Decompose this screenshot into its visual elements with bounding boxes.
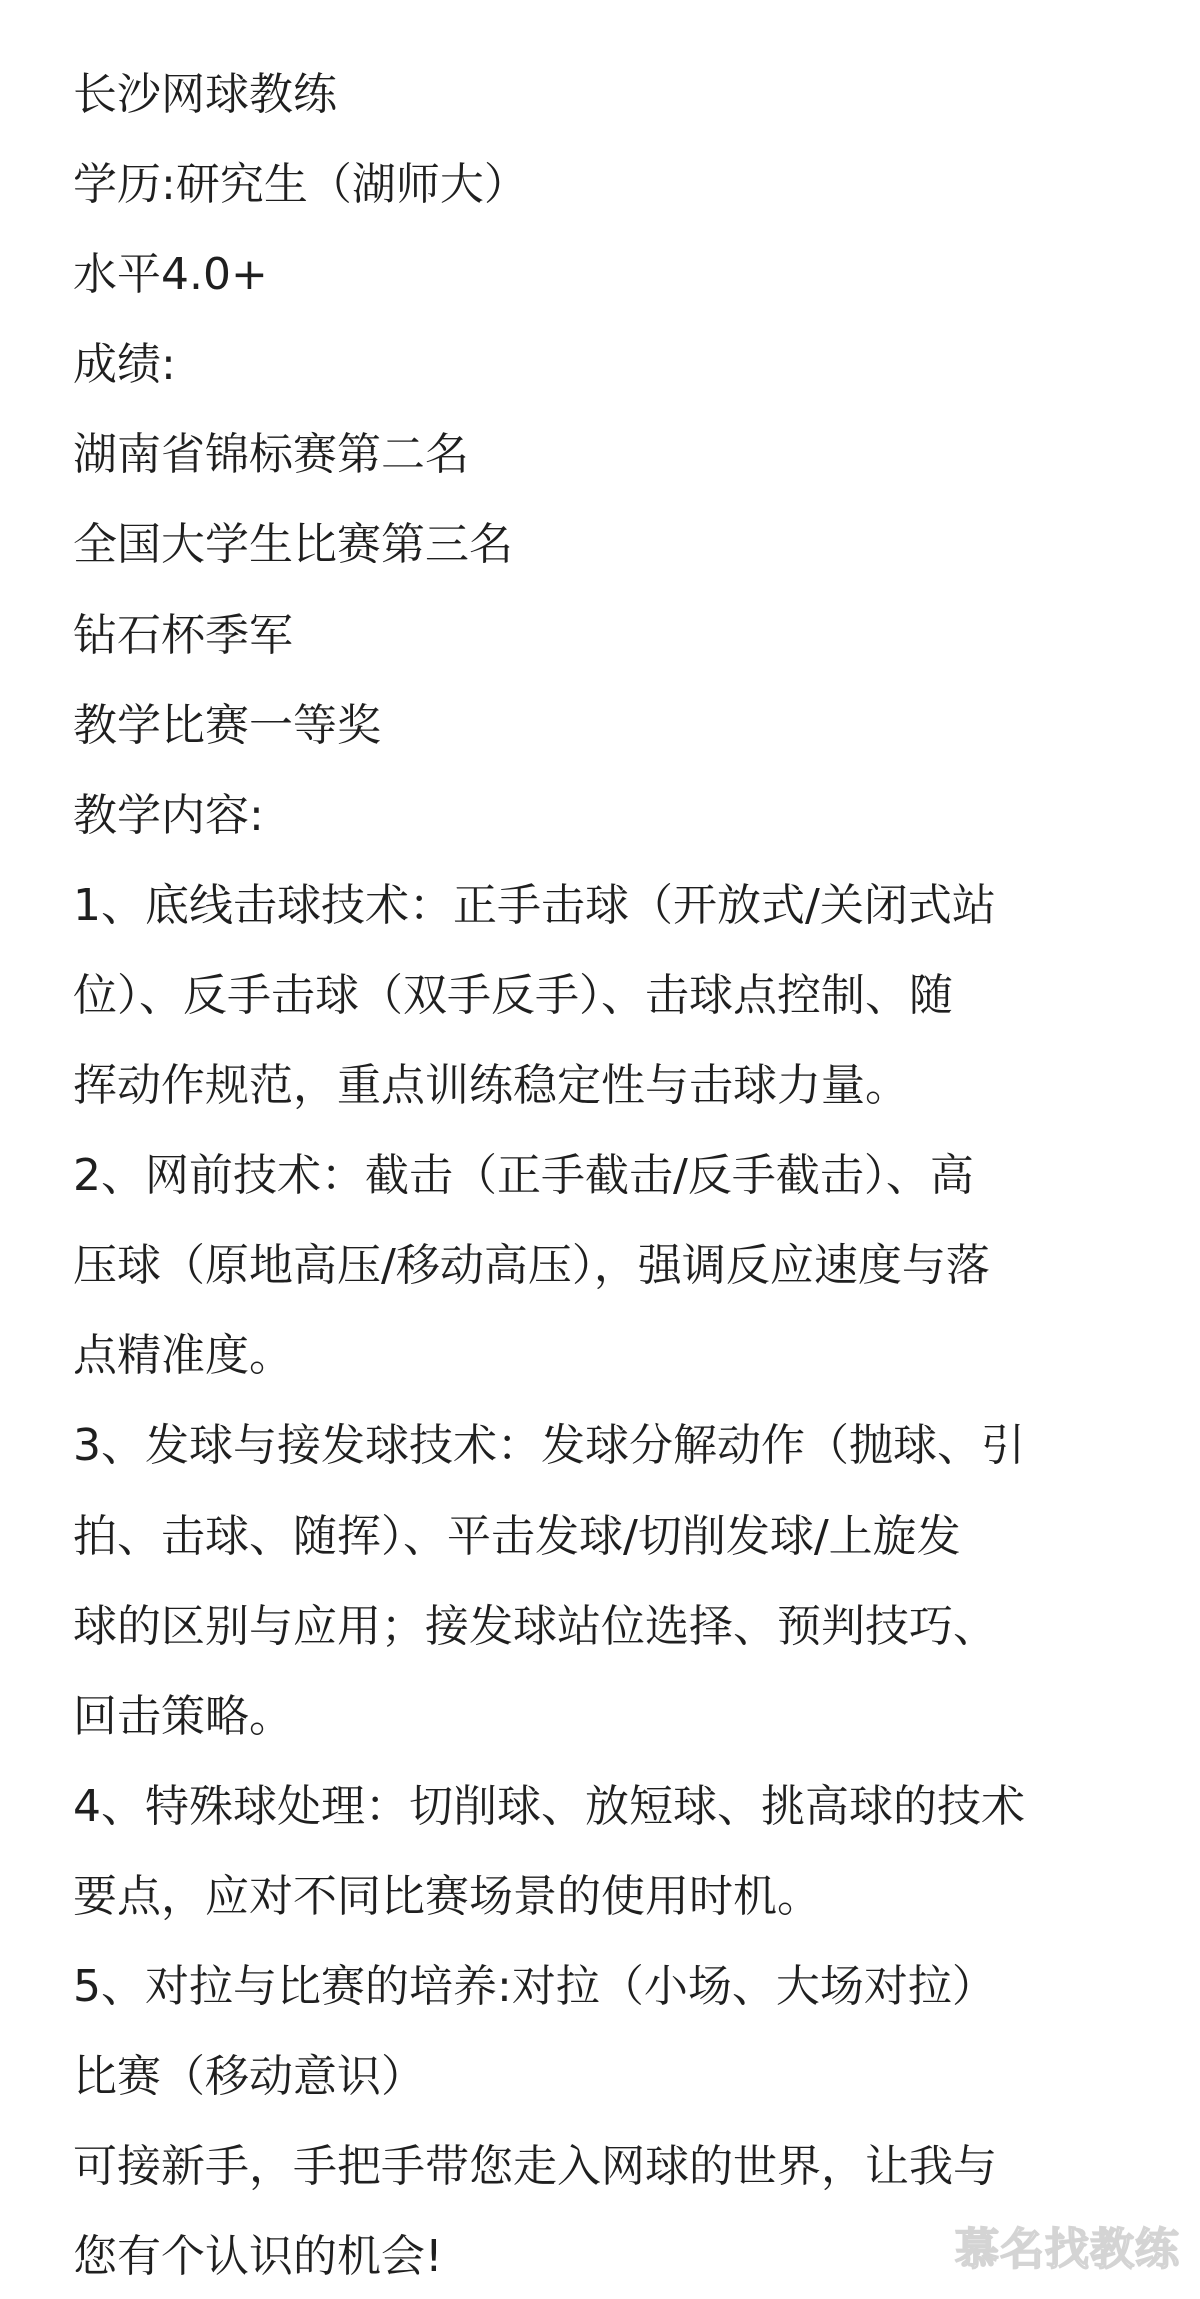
content-line: 1、底线击球技术：正手击球（开放式/关闭式站: [73, 861, 1160, 951]
achievement-item: 全国大学生比赛第三名: [73, 500, 1160, 590]
teaching-content-heading: 教学内容:: [73, 771, 1160, 861]
content-line: 要点，应对不同比赛场景的使用时机。: [73, 1852, 1160, 1942]
content-item-serve-return: 3、发球与接发球技术：发球分解动作（抛球、引 拍、击球、随挥）、平击发球/切削发…: [73, 1401, 1160, 1761]
achievements-list: 湖南省锦标赛第二名 全国大学生比赛第三名 钻石杯季军 教学比赛一等奖: [73, 410, 1160, 770]
content-line: 位）、反手击球（双手反手）、击球点控制、随: [73, 951, 1160, 1041]
content-item-rally-match: 5、对拉与比赛的培养:对拉（小场、大场对拉） 比赛（移动意识）: [73, 1942, 1160, 2122]
content-item-net-play: 2、网前技术：截击（正手截击/反手截击）、高 压球（原地高压/移动高压），强调反…: [73, 1131, 1160, 1401]
education-line: 学历:研究生（湖师大）: [73, 140, 1160, 230]
content-line: 3、发球与接发球技术：发球分解动作（抛球、引: [73, 1401, 1160, 1491]
achievement-item: 湖南省锦标赛第二名: [73, 410, 1160, 500]
coach-profile-document: 长沙网球教练 学历:研究生（湖师大） 水平4.0+ 成绩: 湖南省锦标赛第二名 …: [73, 50, 1160, 2299]
content-line: 拍、击球、随挥）、平击发球/切削发球/上旋发: [73, 1492, 1160, 1582]
page-title: 长沙网球教练: [73, 50, 1160, 140]
content-item-special-shots: 4、特殊球处理：切削球、放短球、挑高球的技术 要点，应对不同比赛场景的使用时机。: [73, 1762, 1160, 1942]
level-line: 水平4.0+: [73, 230, 1160, 320]
content-line: 4、特殊球处理：切削球、放短球、挑高球的技术: [73, 1762, 1160, 1852]
content-item-baseline: 1、底线击球技术：正手击球（开放式/关闭式站 位）、反手击球（双手反手）、击球点…: [73, 861, 1160, 1131]
content-line: 回击策略。: [73, 1672, 1160, 1762]
content-line: 挥动作规范，重点训练稳定性与击球力量。: [73, 1041, 1160, 1131]
content-line: 比赛（移动意识）: [73, 2032, 1160, 2122]
closing-line: 可接新手，手把手带您走入网球的世界，让我与: [73, 2122, 1160, 2212]
content-line: 5、对拉与比赛的培养:对拉（小场、大场对拉）: [73, 1942, 1160, 2032]
achievement-item: 教学比赛一等奖: [73, 681, 1160, 771]
content-line: 2、网前技术：截击（正手截击/反手截击）、高: [73, 1131, 1160, 1221]
achievement-item: 钻石杯季军: [73, 591, 1160, 681]
teaching-content-list: 1、底线击球技术：正手击球（开放式/关闭式站 位）、反手击球（双手反手）、击球点…: [73, 861, 1160, 2122]
watermark-logo: 慕名找教练: [955, 2222, 1180, 2278]
content-line: 压球（原地高压/移动高压），强调反应速度与落: [73, 1221, 1160, 1311]
content-line: 点精准度。: [73, 1311, 1160, 1401]
content-line: 球的区别与应用；接发球站位选择、预判技巧、: [73, 1582, 1160, 1672]
achievements-heading: 成绩:: [73, 320, 1160, 410]
